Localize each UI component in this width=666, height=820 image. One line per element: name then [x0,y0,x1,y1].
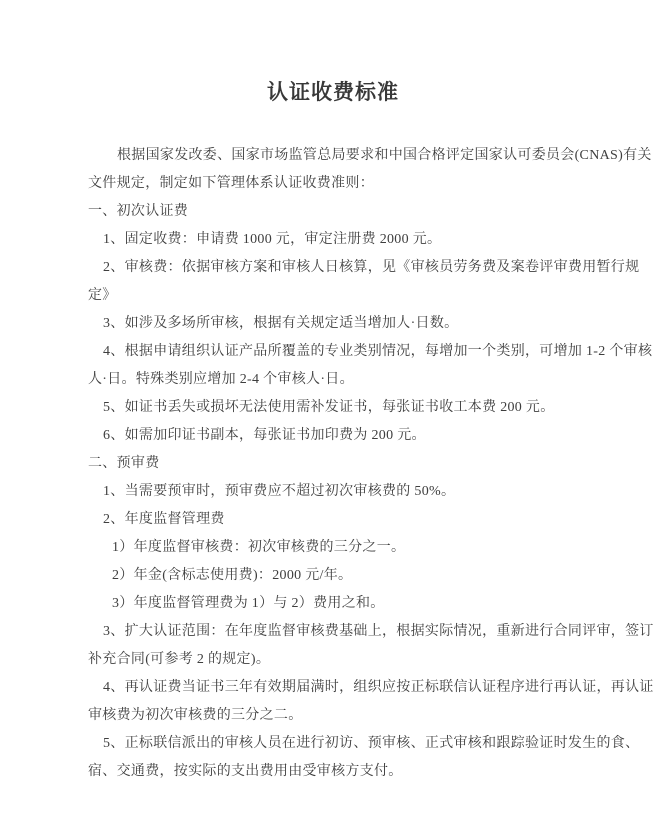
document-body: 根据国家发改委、国家市场监管总局要求和中国合格评定国家认可委员会(CNAS)有关… [0,142,666,786]
document-line: 一、初次认证费 [88,198,586,226]
document-line: 4、根据申请组织认证产品所覆盖的专业类别情况，每增加一个类别，可增加 1-2 个… [103,338,586,366]
document-title: 认证收费标准 [0,78,666,106]
document-line: 4、再认证费当证书三年有效期届满时，组织应按正标联信认证程序进行再认证，再认证 [103,674,586,702]
document-line: 二、预审费 [88,450,586,478]
document-line: 5、如证书丢失或损坏无法使用需补发证书，每张证书收工本费 200 元。 [103,394,586,422]
document-line: 宿、交通费，按实际的支出费用由受审核方支付。 [88,758,586,786]
document-line: 1、当需要预审时，预审费应不超过初次审核费的 50%。 [103,478,586,506]
document-line: 1、固定收费：申请费 1000 元，审定注册费 2000 元。 [103,226,586,254]
document-line: 人·日。特殊类别应增加 2-4 个审核人·日。 [88,366,586,394]
document-line: 文件规定，制定如下管理体系认证收费准则： [88,170,586,198]
document-line: 2、年度监督管理费 [103,506,586,534]
document-line: 补充合同(可参考 2 的规定)。 [88,646,586,674]
document-line: 2、审核费：依据审核方案和审核人日核算，见《审核员劳务费及案卷评审费用暂行规 [103,254,586,282]
document-line: 根据国家发改委、国家市场监管总局要求和中国合格评定国家认可委员会(CNAS)有关 [117,142,586,170]
document-line: 定》 [88,282,586,310]
document-page: 认证收费标准 根据国家发改委、国家市场监管总局要求和中国合格评定国家认可委员会(… [0,0,666,820]
document-line: 审核费为初次审核费的三分之二。 [88,702,586,730]
document-line: 2）年金(含标志使用费)：2000 元/年。 [112,562,586,590]
document-line: 3、如涉及多场所审核，根据有关规定适当增加人·日数。 [103,310,586,338]
document-line: 3、扩大认证范围：在年度监督审核费基础上，根据实际情况，重新进行合同评审，签订 [103,618,586,646]
document-line: 5、正标联信派出的审核人员在进行初访、预审核、正式审核和跟踪验证时发生的食、 [103,730,586,758]
document-line: 1）年度监督审核费：初次审核费的三分之一。 [112,534,586,562]
document-line: 6、如需加印证书副本，每张证书加印费为 200 元。 [103,422,586,450]
document-line: 3）年度监督管理费为 1）与 2）费用之和。 [112,590,586,618]
